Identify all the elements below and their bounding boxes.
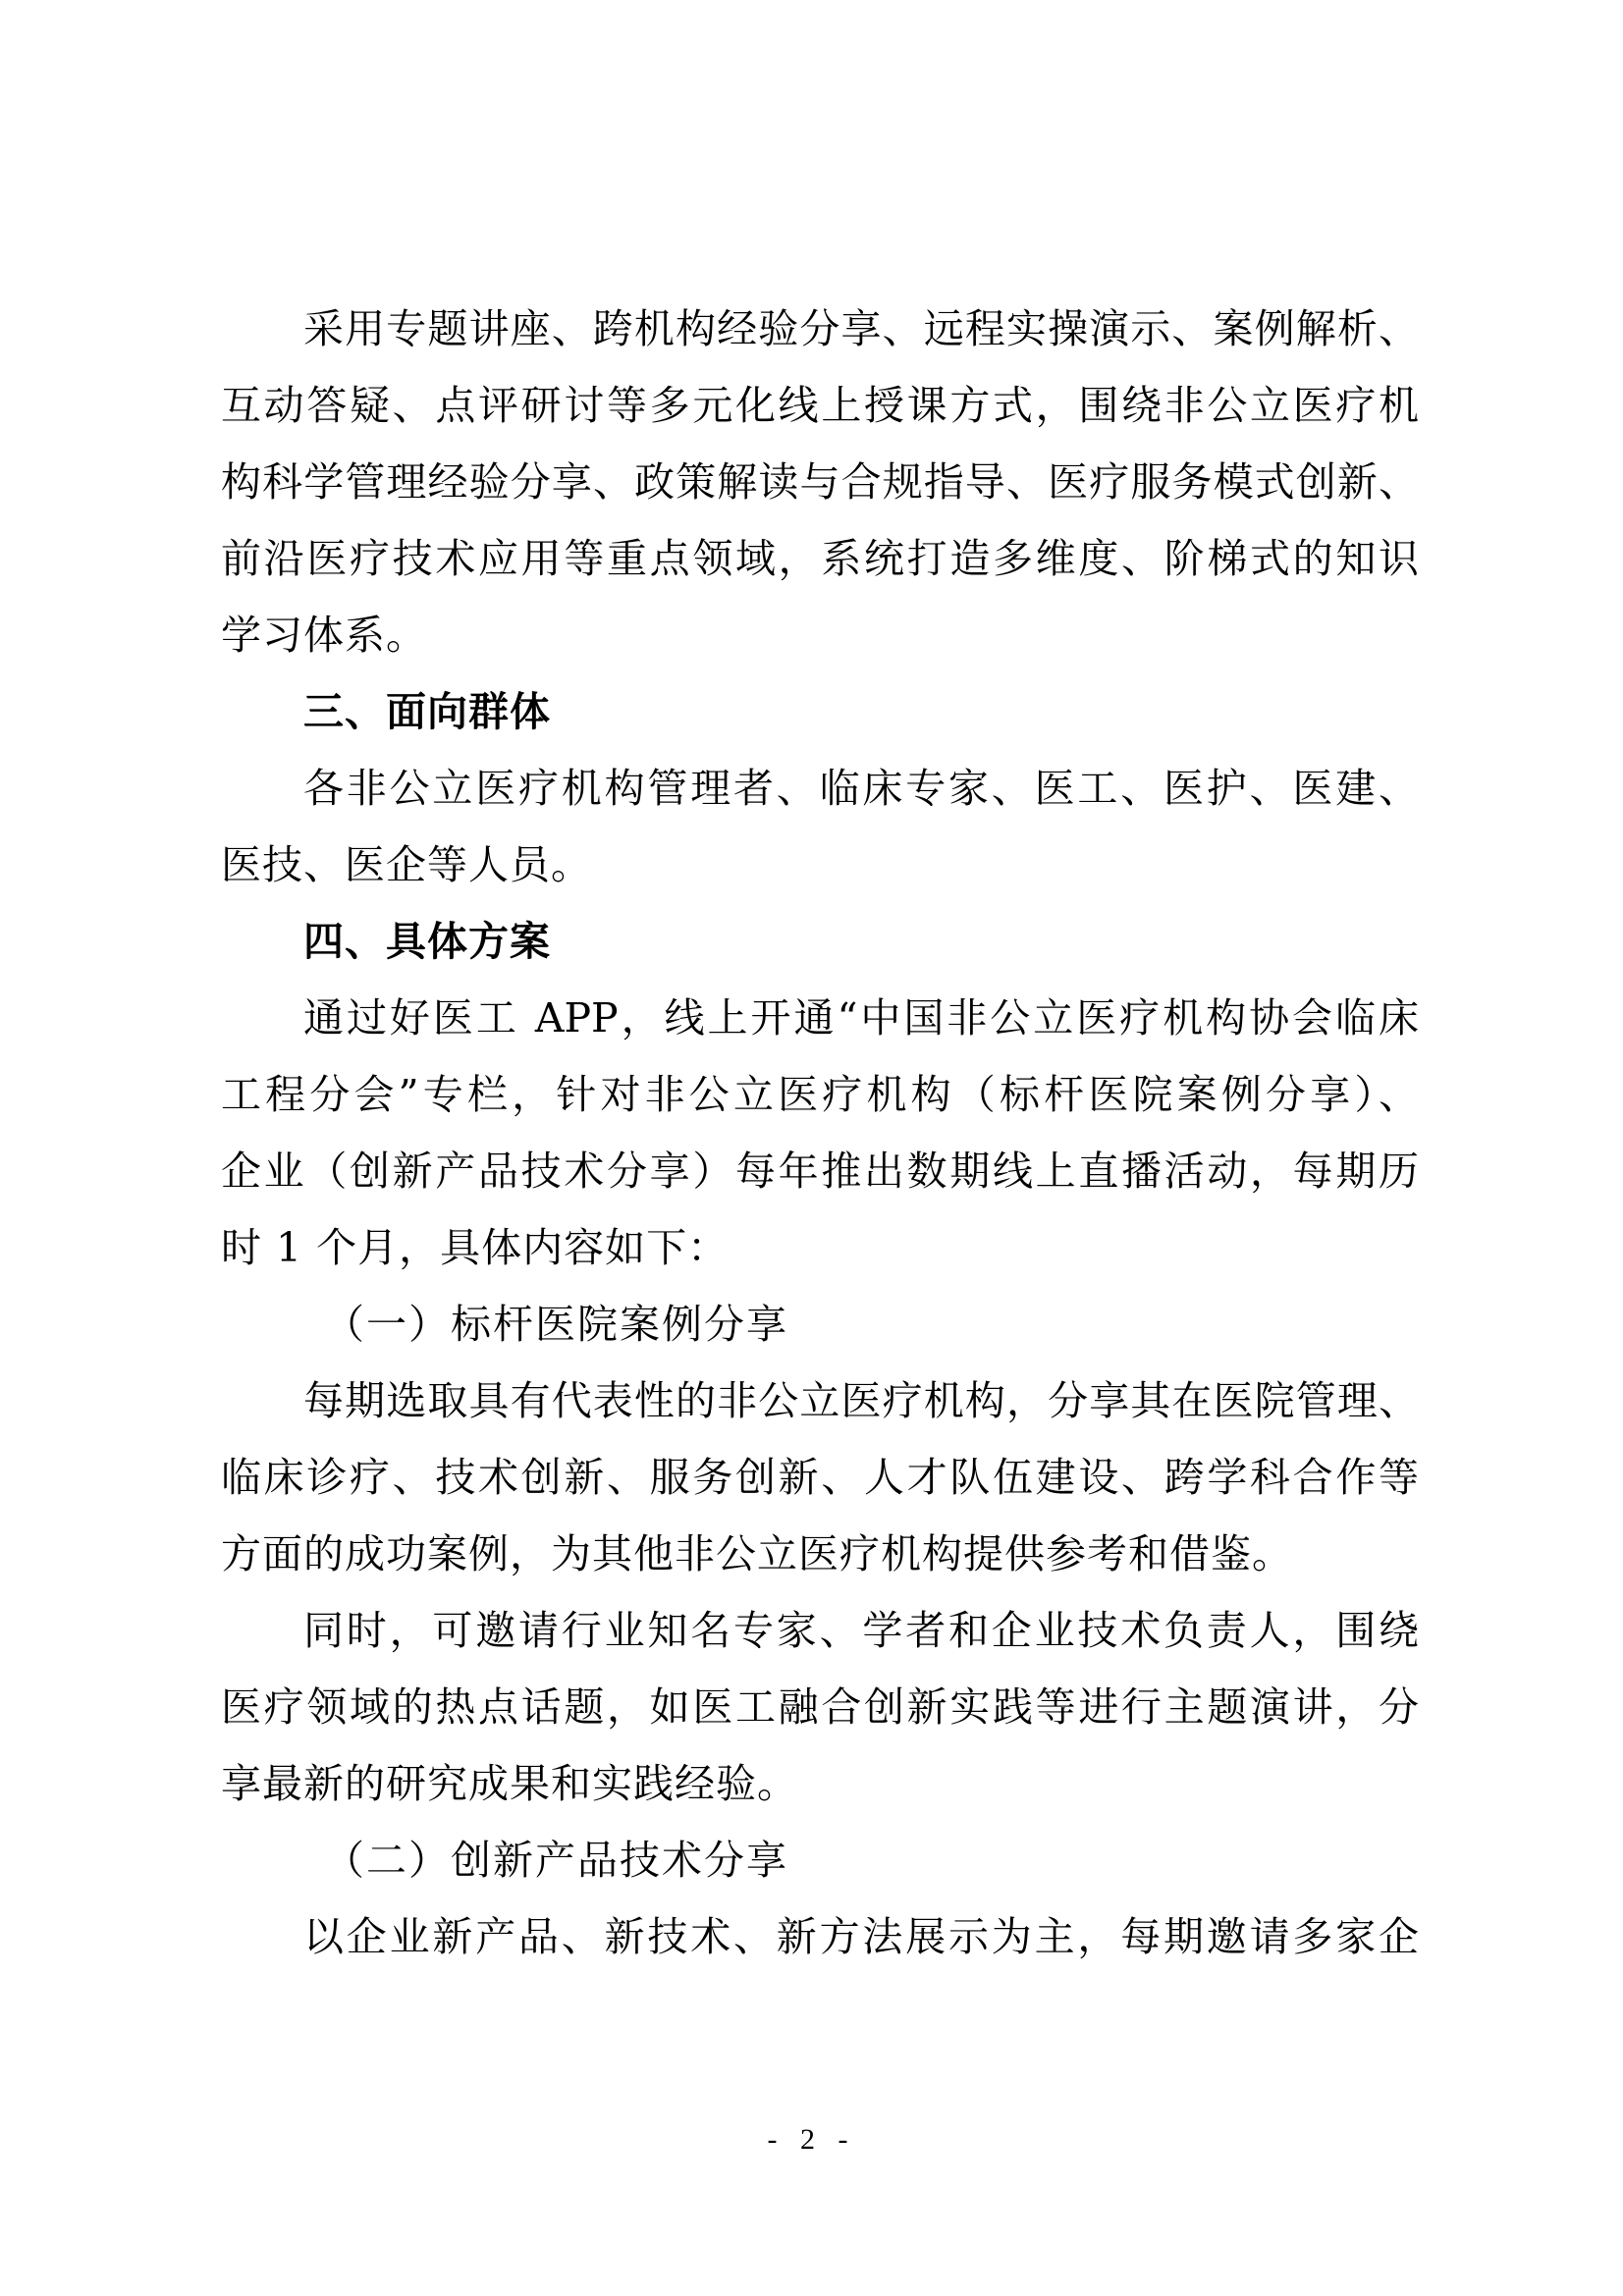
paragraph-line: 方面的成功案例，为其他非公立医疗机构提供参考和借鉴。 (221, 1532, 1419, 1575)
paragraph-line: 临床诊疗、技术创新、服务创新、人才队伍建设、跨学科合作等 (221, 1456, 1419, 1499)
page-number: - 2 - (0, 2122, 1623, 2158)
paragraph-line: 享最新的研究成果和实践经验。 (221, 1762, 1419, 1805)
paragraph-line: 各非公立医疗机构管理者、临床专家、医工、医护、医建、 (303, 767, 1419, 810)
paragraph-line: 前沿医疗技术应用等重点领域，系统打造多维度、阶梯式的知识 (221, 537, 1419, 580)
document-page: 采用专题讲座、跨机构经验分享、远程实操演示、案例解析、 互动答疑、点评研讨等多元… (0, 0, 1623, 2296)
paragraph-line: 医疗领域的热点话题，如医工融合创新实践等进行主题演讲，分 (221, 1685, 1419, 1729)
paragraph-line: 同时，可邀请行业知名专家、学者和企业技术负责人，围绕 (303, 1609, 1419, 1652)
paragraph-line: 每期选取具有代表性的非公立医疗机构，分享其在医院管理、 (303, 1379, 1419, 1422)
subsection-heading-innovative-products: （二）创新产品技术分享 (324, 1839, 788, 1882)
paragraph-line: 企业（创新产品技术分享）每年推出数期线上直播活动，每期历 (221, 1149, 1419, 1193)
paragraph-line: 工程分会”专栏，针对非公立医疗机构（标杆医院案例分享）、 (221, 1073, 1419, 1116)
paragraph-line: 通过好医工 APP，线上开通“中国非公立医疗机构协会临床 (303, 996, 1419, 1040)
paragraph-line: 学习体系。 (221, 614, 1419, 657)
subsection-heading-benchmark-hospital: （一）标杆医院案例分享 (324, 1303, 788, 1346)
paragraph-line: 构科学管理经验分享、政策解读与合规指导、医疗服务模式创新、 (221, 460, 1419, 504)
section-heading-target-audience: 三、面向群体 (303, 690, 551, 733)
paragraph-line: 采用专题讲座、跨机构经验分享、远程实操演示、案例解析、 (303, 307, 1419, 350)
paragraph-line: 以企业新产品、新技术、新方法展示为主，每期邀请多家企 (303, 1915, 1419, 1958)
paragraph-line: 医技、医企等人员。 (221, 843, 1419, 886)
paragraph-line: 时 1 个月，具体内容如下： (221, 1226, 1419, 1269)
section-heading-specific-plan: 四、具体方案 (303, 920, 551, 963)
paragraph-line: 互动答疑、点评研讨等多元化线上授课方式，围绕非公立医疗机 (221, 384, 1419, 427)
